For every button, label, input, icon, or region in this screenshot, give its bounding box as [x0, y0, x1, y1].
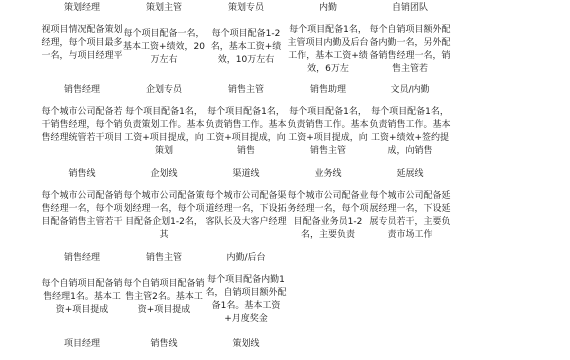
role-title: 内勤 — [287, 2, 369, 14]
role-description: 每个项目配备1名，负责销售工作。基本工资+项目提成，向销售 — [205, 106, 287, 158]
role-title: 自销团队 — [369, 2, 451, 14]
role-title: 项目经理 — [41, 338, 123, 350]
role-title: 销售线 — [123, 338, 205, 350]
role-title: 销售经理 — [41, 252, 123, 264]
role-description: 每个城市公司配备策划经理一名，每个项目配备企划1-2名，其 — [123, 190, 205, 242]
role-description: 每个城市公司配备渠道经理一名，下设拓客队长及大客户经理 — [205, 190, 287, 242]
role-title: 文员/内勤 — [369, 84, 451, 96]
role-description: 每个城市公司配备业务经理一名，每个项目配备业务员1-2名，主要负责 — [287, 190, 369, 242]
role-title: 销售主管 — [205, 84, 287, 96]
role-description: 每个项目配备1名，负责销售工作。基本工资+项目提成，向销售主管 — [287, 106, 369, 158]
role-description: 每个城市公司配备销售经理一名，每个项目配备销售主管若干 — [41, 190, 123, 242]
role-title: 销售主管 — [123, 252, 205, 264]
role-title: 渠道线 — [205, 168, 287, 180]
role-title: 销售助理 — [287, 84, 369, 96]
role-description: 视项目情况配备策划经理，每个项目最多一名，与项目经理平 — [41, 24, 123, 76]
role-description: 每个项目配备1名，主管项目内勤及后台工作，基本工资+绩效，6万左 — [287, 24, 369, 76]
role-description: 每个项目配备一名，基本工资+绩效，20万左右 — [123, 28, 205, 80]
role-description: 每个城市公司配备延展经理一名，下设延展专员若干，主要负责市场工作 — [369, 190, 451, 242]
role-title: 销售经理 — [41, 84, 123, 96]
role-description: 每个自销项目额外配备内勤一名，另外配备销售经理一名，销售主管若 — [369, 24, 451, 76]
role-title: 延展线 — [369, 168, 451, 180]
role-title: 策划主管 — [123, 2, 205, 14]
role-title: 内勤/后台 — [205, 252, 287, 264]
role-description: 每个城市公司配备若干销售经理，每个销售经理统管若干项目 — [41, 106, 123, 158]
role-title: 策划专员 — [205, 2, 287, 14]
role-title: 业务线 — [287, 168, 369, 180]
role-description: 每个项目配备1-2名，基本工资+绩效，10万左右 — [205, 28, 287, 80]
role-title: 企划线 — [123, 168, 205, 180]
role-description: 每个项目配备1名，负责策划工作。基本工资+项目提成，向策划 — [123, 106, 205, 158]
role-description: 每个项目配备1名，负责销售工作。基本工资+绩效+签约提成，向销售 — [369, 106, 451, 158]
role-title: 策划线 — [205, 338, 287, 350]
role-title: 销售线 — [41, 168, 123, 180]
role-description: 每个自销项目配备销售主管2名。基本工资+项目提成 — [123, 278, 205, 330]
role-title: 策划经理 — [41, 2, 123, 14]
role-title: 企划专员 — [123, 84, 205, 96]
role-description: 每个项目配备内勤1名，自销项目额外配备1名。基本工资+月度奖金 — [205, 274, 287, 326]
role-description: 每个自销项目配备销售经理1名。基本工资+项目提成 — [41, 278, 123, 330]
